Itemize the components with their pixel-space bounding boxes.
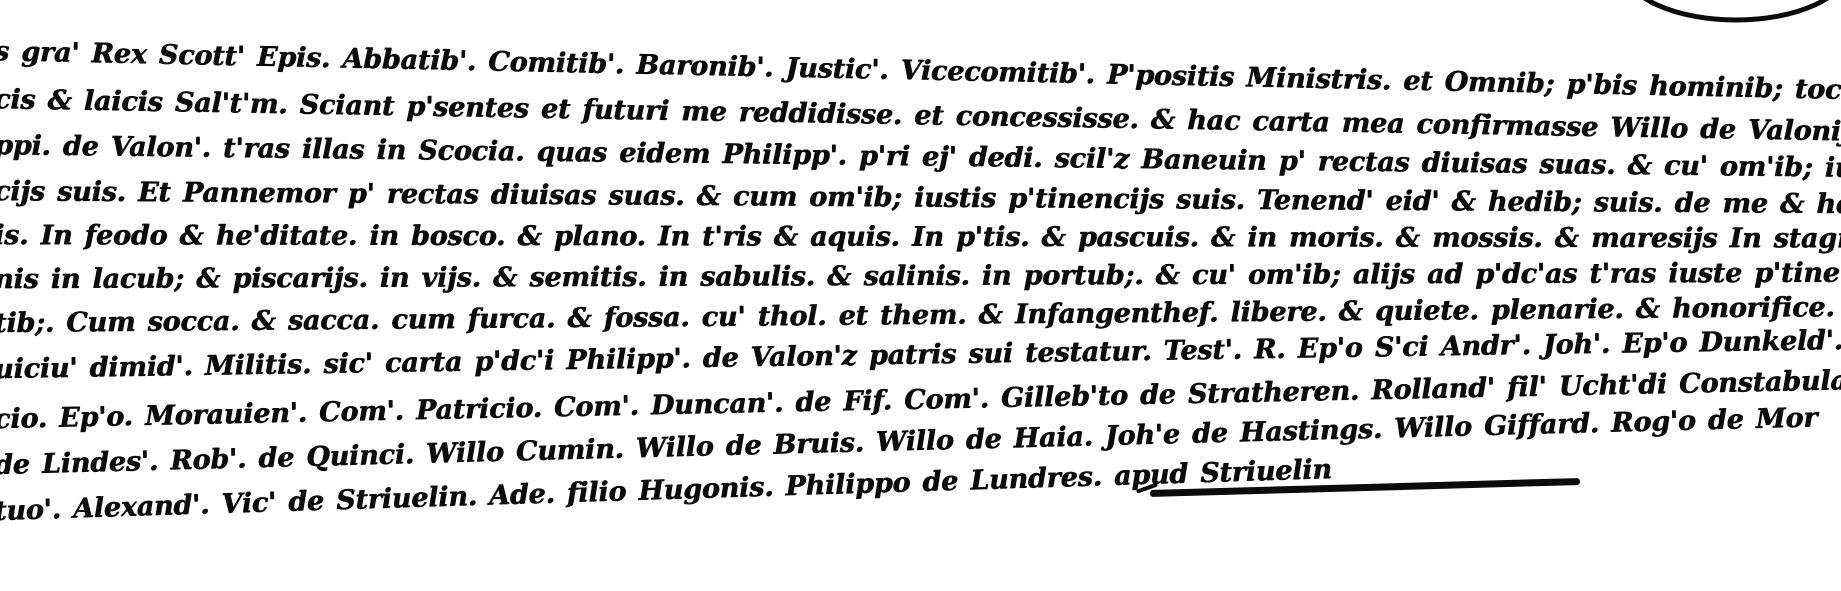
manuscript-line-6: nis in lacub; & piscarijs. in vijs. & se…	[0, 257, 1841, 295]
charter-page: s gra' Rex Scott' Epis. Abbatib'. Comiti…	[0, 0, 1841, 591]
seal-outline-arc	[1611, 0, 1841, 34]
manuscript-line-4: cijs suis. Et Pannemor p' rectas diuisas…	[0, 176, 1841, 220]
manuscript-line-5: is. In feodo & he'ditate. in bosco. & pl…	[0, 220, 1841, 254]
